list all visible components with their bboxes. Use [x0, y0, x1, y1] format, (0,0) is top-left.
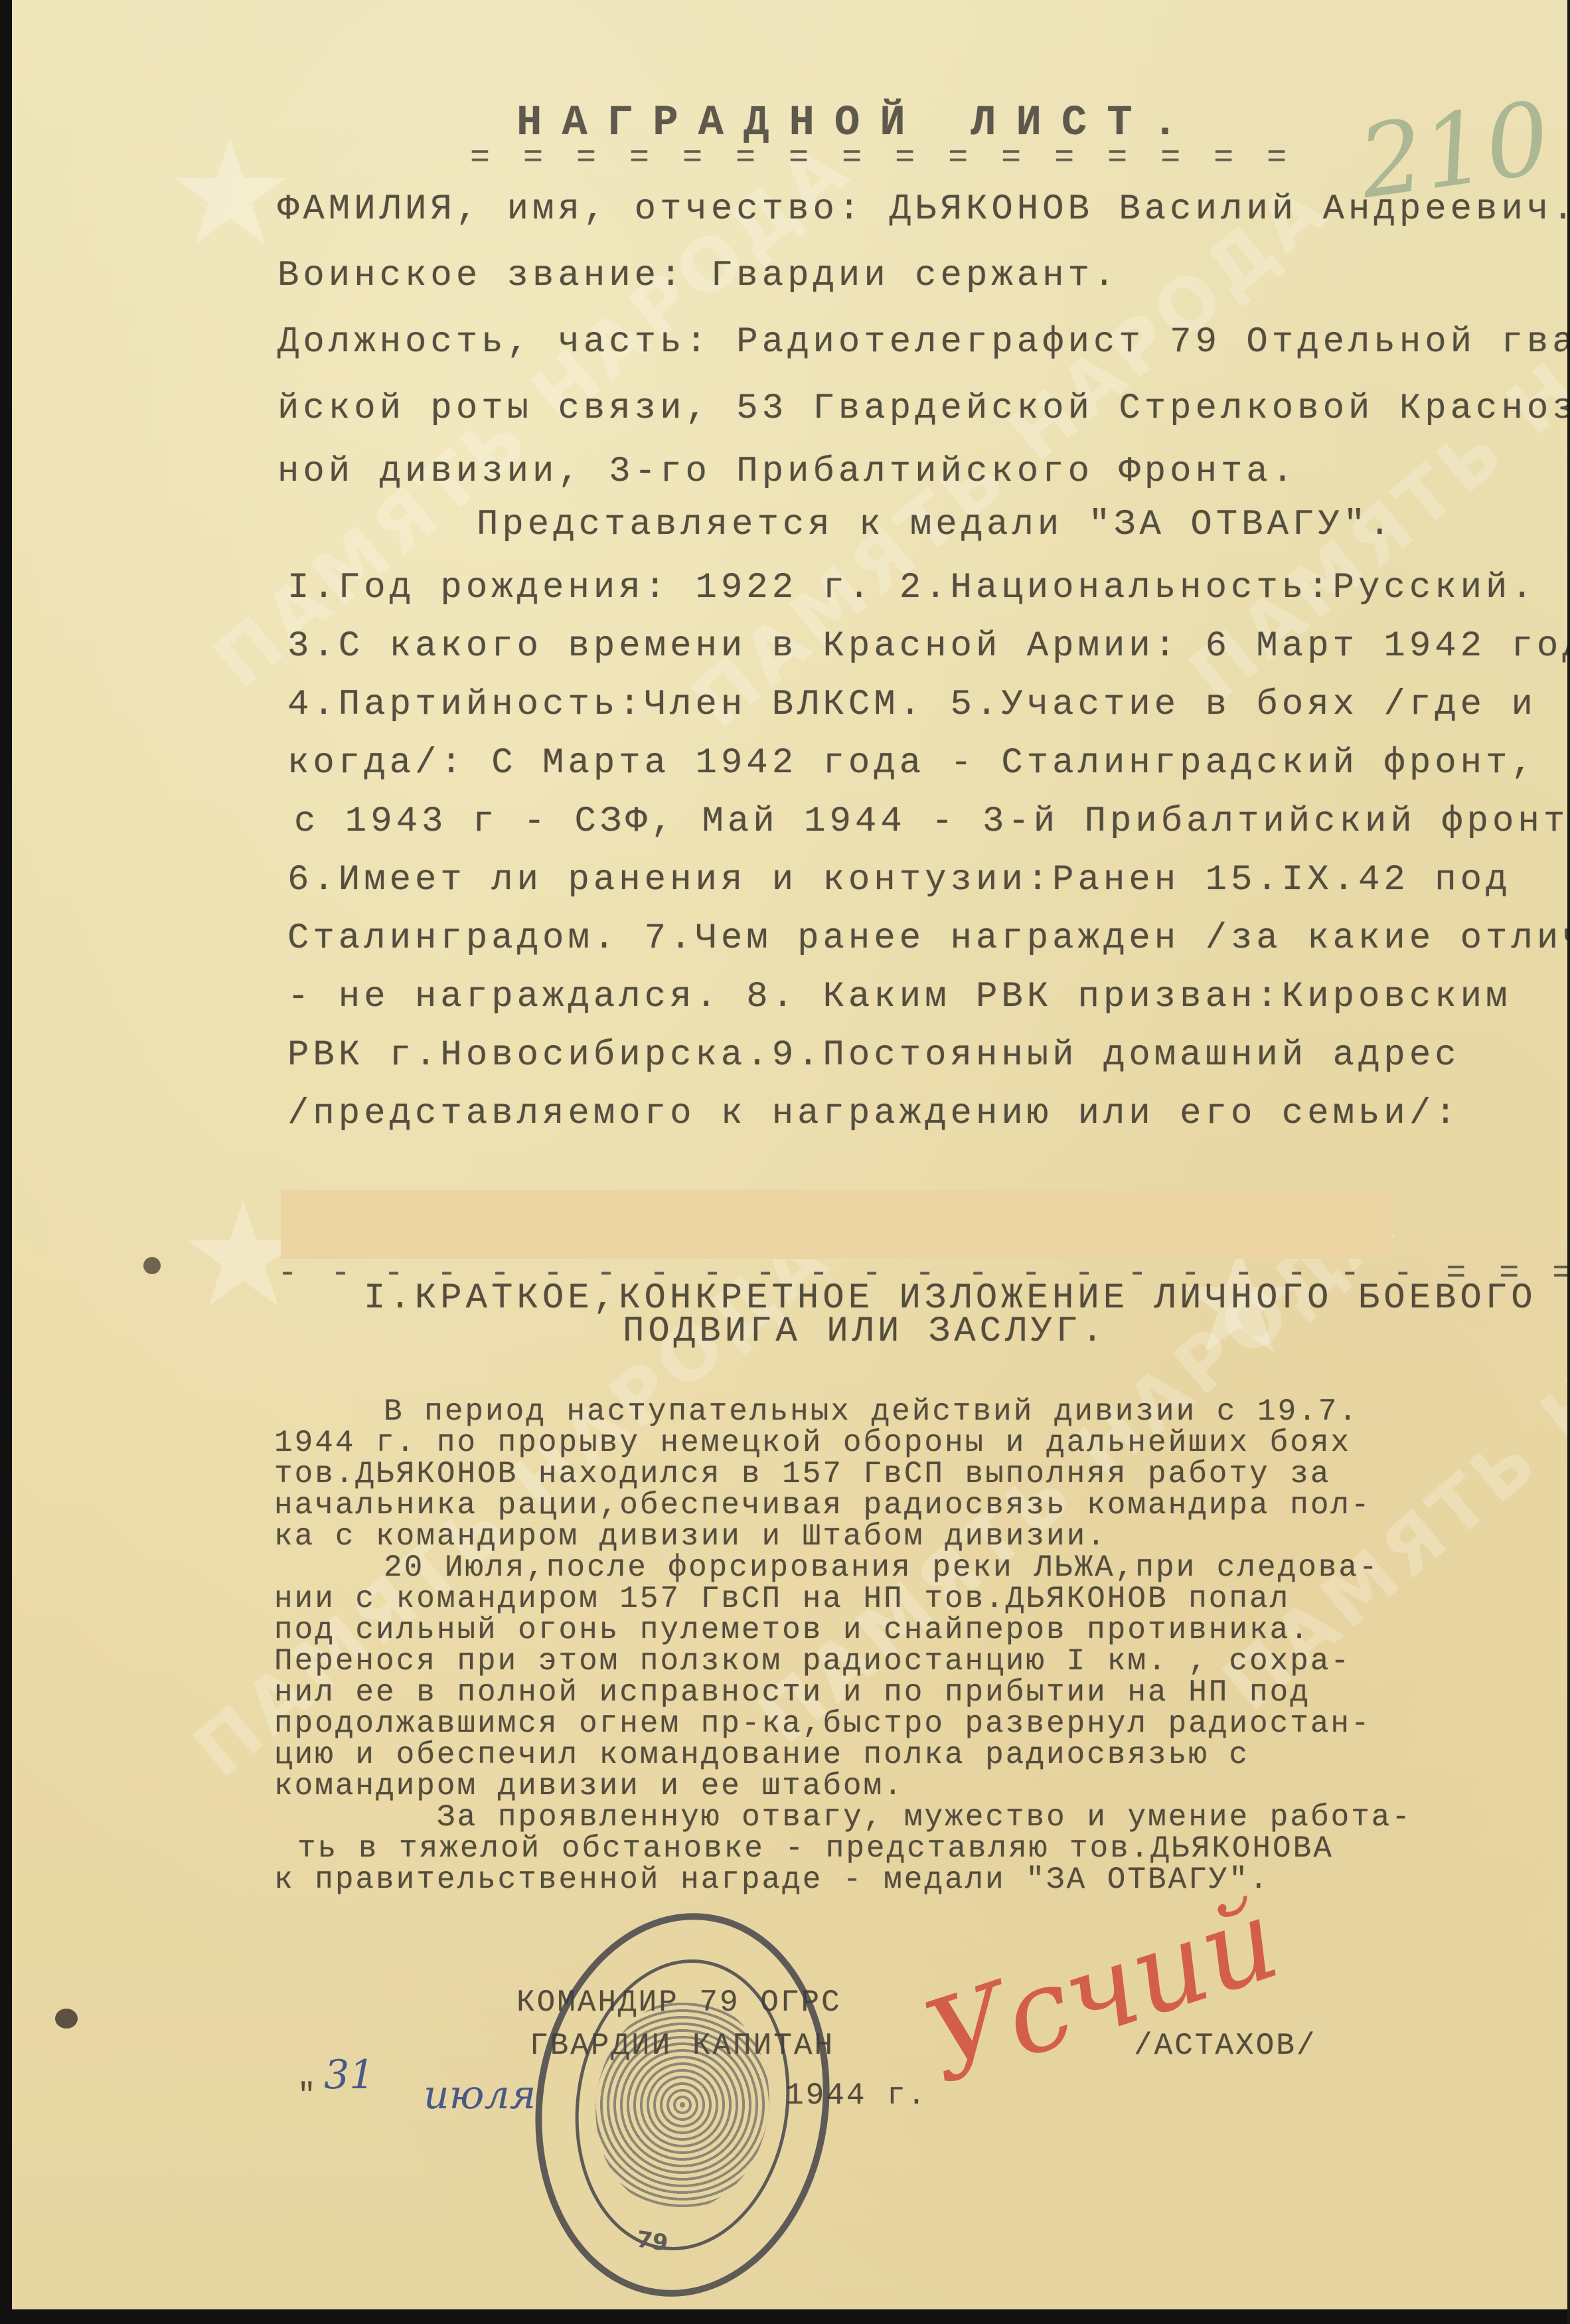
questionnaire-line: 6.Имеет ли ранения и контузии:Ранен 15.I…	[287, 860, 1511, 900]
nomination-line: Представляется к медали "ЗА ОТВАГУ".	[477, 505, 1395, 545]
official-stamp: 79	[511, 1894, 854, 2309]
narrative-line: нии с командиром 157 ГвСП на НП тов.ДЬЯК…	[274, 1582, 1290, 1616]
narrative-line: ка с командиром дивизии и Штабом дивизии…	[274, 1519, 1107, 1554]
redacted-address	[281, 1190, 1391, 1259]
paper-spot	[55, 2009, 78, 2029]
questionnaire-line: РВК г.Новосибирска.9.Постоянный домашний…	[287, 1035, 1460, 1076]
narrative-line: тов.ДЬЯКОНОВ находился в 157 ГвСП выполн…	[274, 1457, 1330, 1491]
questionnaire-line: I.Год рождения: 1922 г. 2.Национальность…	[287, 568, 1537, 608]
handwritten-signature: Усчий	[910, 1873, 1293, 2110]
questionnaire-line: 3.С какого времени в Красной Армии: 6 Ма…	[287, 626, 1569, 667]
section-heading-cont: ПОДВИГА ИЛИ ЗАСЛУГ.	[623, 1311, 1107, 1352]
narrative-line: Перенося при этом ползком радиостанцию I…	[274, 1644, 1351, 1679]
narrative-line: ть в тяжелой обстановке - представляю то…	[297, 1831, 1334, 1866]
questionnaire-line: 4.Партийность:Член ВЛКСМ. 5.Участие в бо…	[287, 685, 1537, 725]
narrative-line: под сильный огонь пулеметов и снайперов …	[274, 1613, 1310, 1647]
date-open-quote: "	[297, 2078, 318, 2113]
narrative-line: За проявленную отвагу, мужество и умение…	[437, 1800, 1412, 1835]
star-icon: ★	[165, 120, 295, 266]
rank-field: Воинское звание: Гвардии сержант.	[277, 256, 1119, 296]
stamp-number: 79	[635, 2226, 669, 2257]
narrative-line: нил ее в полной исправности и по прибыти…	[274, 1675, 1310, 1710]
position-field-line-1: Должность, часть: Радиотелеграфист 79 От…	[277, 322, 1569, 363]
narrative-line: В период наступательных действий дивизии…	[384, 1394, 1359, 1429]
questionnaire-line: - не награждался. 8. Каким РВК призван:К…	[287, 977, 1511, 1017]
name-field: ФАМИЛИЯ, имя, отчество: ДЬЯКОНОВ Василий…	[277, 189, 1569, 230]
questionnaire-line: Сталинградом. 7.Чем ранее награжден /за …	[287, 918, 1569, 959]
narrative-line: продолжавшимся огнем пр-ка,быстро развер…	[274, 1706, 1372, 1741]
award-sheet-page: ★ ★ ★ ПАМЯТЬ НАРОДА ПАМЯТЬ НАРОДА ПАМЯТЬ…	[12, 0, 1569, 2309]
questionnaire-line: когда/: С Марта 1942 года - Сталинградск…	[287, 743, 1537, 784]
date-day: 31	[324, 2052, 374, 2098]
narrative-line: командиром дивизии и ее штабом.	[274, 1769, 904, 1803]
title-underline: = = = = = = = = = = = = = = = =	[470, 139, 1293, 177]
narrative-line: 1944 г. по прорыву немецкой обороны и да…	[274, 1426, 1351, 1460]
narrative-line: 20 Июля,после форсирования реки ЛЬЖА,при…	[384, 1550, 1379, 1585]
date-month: июля	[424, 2072, 536, 2118]
questionnaire-line: с 1943 г - СЗФ, Май 1944 - 3-й Прибалтий…	[294, 801, 1569, 842]
narrative-line: к правительственной награде - медали "ЗА…	[274, 1863, 1270, 1897]
scan-border	[1567, 0, 1570, 2324]
position-field-line-2: йской роты связи, 53 Гвардейской Стрелко…	[277, 388, 1569, 429]
position-field-line-3: ной дивизии, 3-го Прибалтийского Фронта.	[277, 452, 1297, 492]
paper-spot	[143, 1257, 161, 1274]
narrative-line: начальника рации,обеспечивая радиосвязь …	[274, 1488, 1372, 1523]
narrative-line: цию и обеспечил командование полка радио…	[274, 1738, 1249, 1772]
questionnaire-line: /представляемого к награждению или его с…	[287, 1094, 1460, 1134]
